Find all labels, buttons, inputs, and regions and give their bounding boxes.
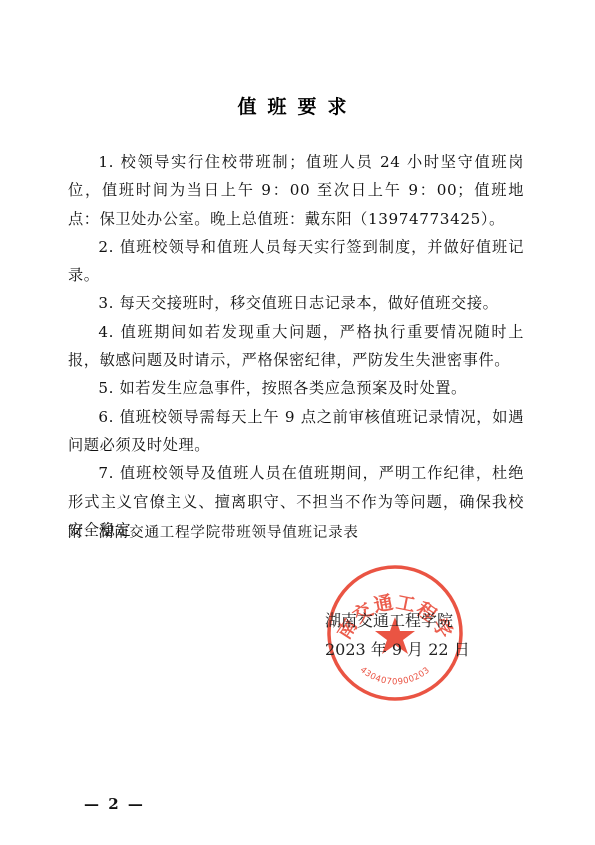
signature-block: 湖南交通工程学院 2023 年 9 月 22 日: [325, 606, 470, 664]
signature-date: 2023 年 9 月 22 日: [325, 635, 470, 664]
paragraph-5: 5. 如若发生应急事件，按照各类应急预案及时处置。: [68, 374, 524, 402]
page-number: — 2 —: [84, 795, 145, 813]
attachment-note: 附：湖南交通工程学院带班领导值班记录表: [68, 521, 359, 542]
document-title: 值班要求: [0, 92, 595, 119]
requirements-body: 1. 校领导实行住校带班制；值班人员 24 小时坚守值班岗位，值班时间为当日上午…: [68, 148, 524, 544]
signature-organization: 湖南交通工程学院: [325, 606, 470, 635]
paragraph-4: 4. 值班期间如若发现重大问题，严格执行重要情况随时上报，敏感问题及时请示，严格…: [68, 318, 524, 375]
paragraph-1: 1. 校领导实行住校带班制；值班人员 24 小时坚守值班岗位，值班时间为当日上午…: [68, 148, 524, 233]
paragraph-6: 6. 值班校领导需每天上午 9 点之前审核值班记录情况，如遇问题必须及时处理。: [68, 403, 524, 460]
svg-text:4304070900203: 4304070900203: [358, 665, 432, 687]
paragraph-3: 3. 每天交接班时，移交值班日志记录本，做好值班交接。: [68, 289, 524, 317]
paragraph-2: 2. 值班校领导和值班人员每天实行签到制度，并做好值班记录。: [68, 233, 524, 290]
